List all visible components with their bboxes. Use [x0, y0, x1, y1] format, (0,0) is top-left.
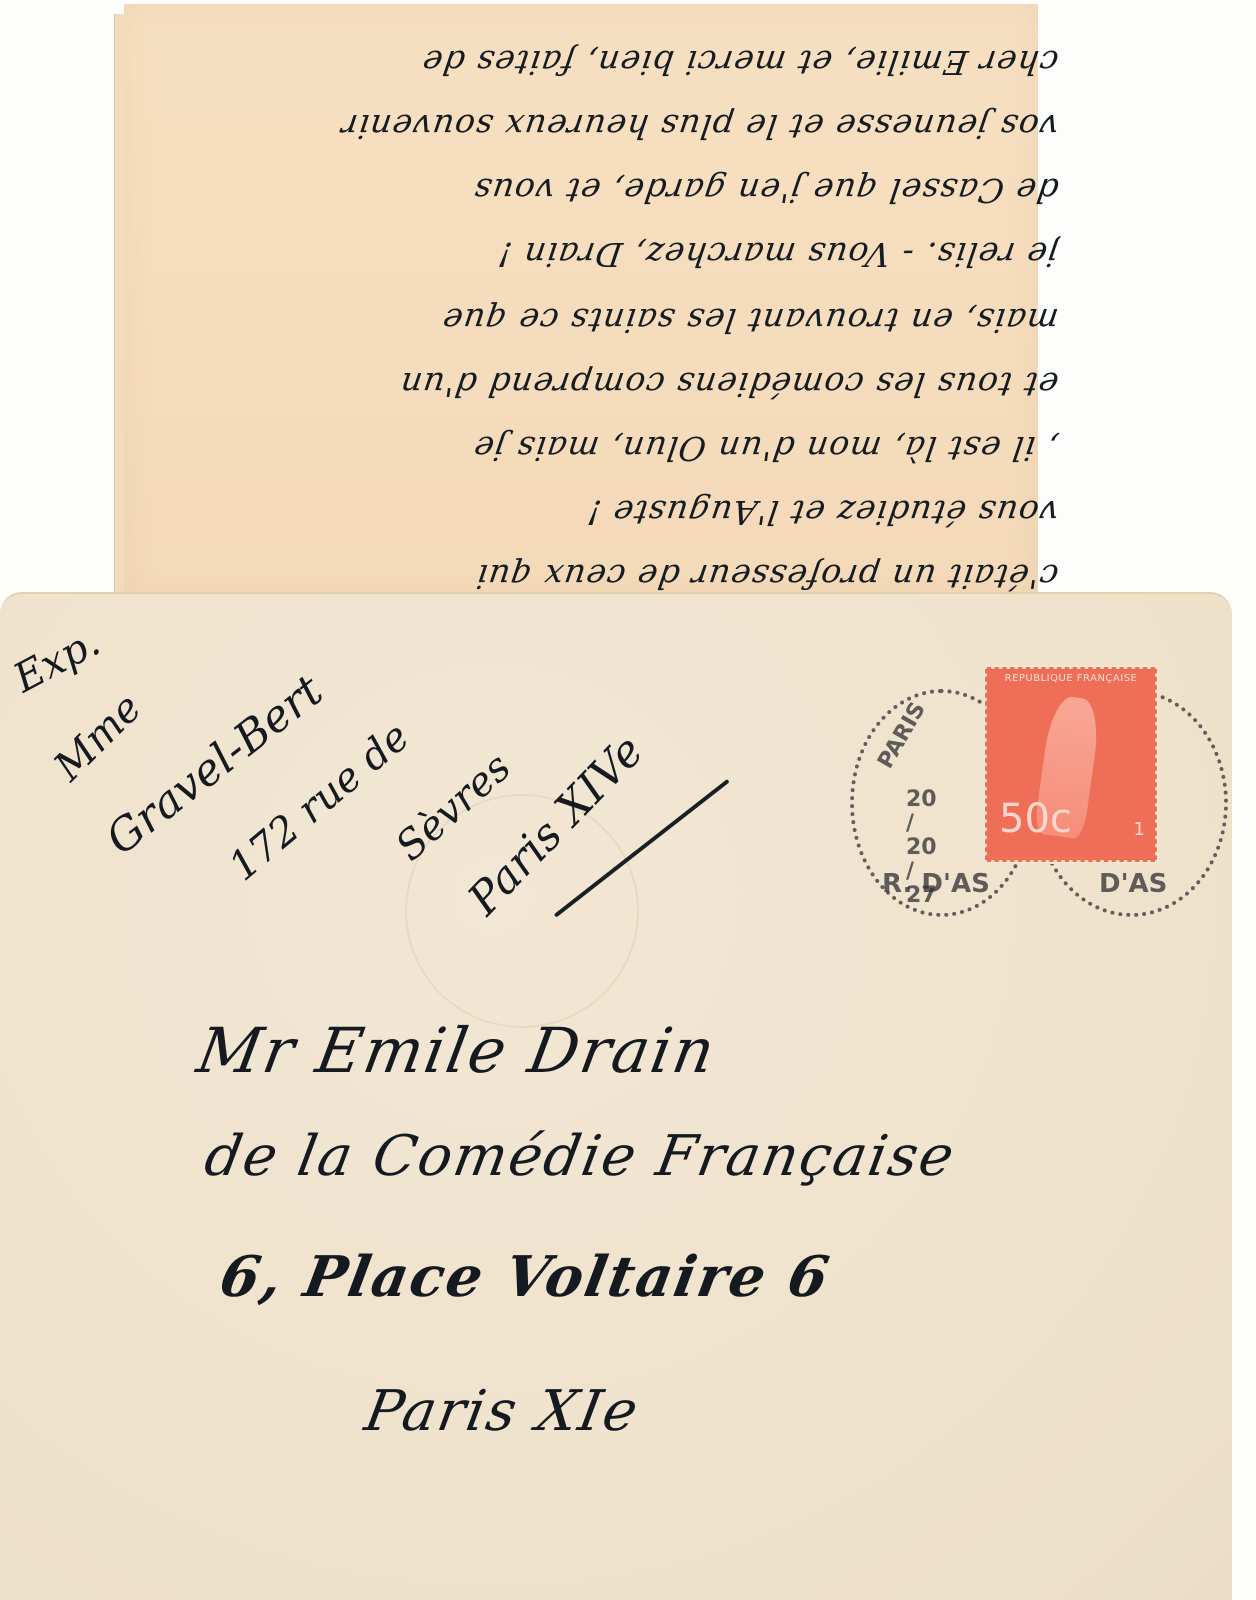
letter-line: vos jeunesse et le plus heureux souvenir	[141, 107, 1060, 146]
postmark-city: PARIS	[873, 698, 931, 773]
letter-line: vous étudiez et l'Auguste !	[141, 493, 1060, 532]
stamp-value: 50c	[999, 796, 1072, 842]
sender-exp-label: Exp.	[6, 619, 107, 702]
recipient-institution: de la Comédie Française	[200, 1124, 960, 1189]
postmark-bottom: D'AS	[1099, 869, 1167, 899]
letter-line: cher Emilie, et merci bien, faites de	[141, 43, 1060, 82]
sender-line: Mme	[45, 685, 150, 790]
stamp-country: REPUBLIQUE FRANÇAISE	[991, 673, 1151, 684]
recipient-name: Mr Emile Drain	[192, 1014, 722, 1087]
letter-line: de Cassel que j'en garde, et vous	[141, 171, 1060, 210]
postmark-bottom: R. D'AS	[882, 869, 990, 899]
letter-line: mais, en trouvant les saints ce que	[141, 301, 1060, 340]
letter-line: , il est là, mon d'un Olun, mais je	[141, 429, 1060, 468]
letter-line: et tous les comédiens comprend d'un	[141, 365, 1060, 404]
envelope: Exp. Mme Gravel-Bert 172 rue de Sèvres P…	[0, 592, 1232, 1600]
postage-stamp: REPUBLIQUE FRANÇAISE 50c 1	[985, 667, 1157, 862]
letter-page: c'était un professeur de ceux qui vous é…	[124, 4, 1038, 604]
letter-body-upside-down: c'était un professeur de ceux qui vous é…	[124, 4, 1038, 604]
recipient-city: Paris XIe	[360, 1379, 644, 1444]
stamp-small-value: 1	[1134, 819, 1145, 840]
letter-line: je relis. - Vous marchez, Drain !	[141, 235, 1060, 274]
recipient-street: 6, Place Voltaire 6	[215, 1244, 835, 1310]
letter-line: c'était un professeur de ceux qui	[141, 557, 1060, 596]
